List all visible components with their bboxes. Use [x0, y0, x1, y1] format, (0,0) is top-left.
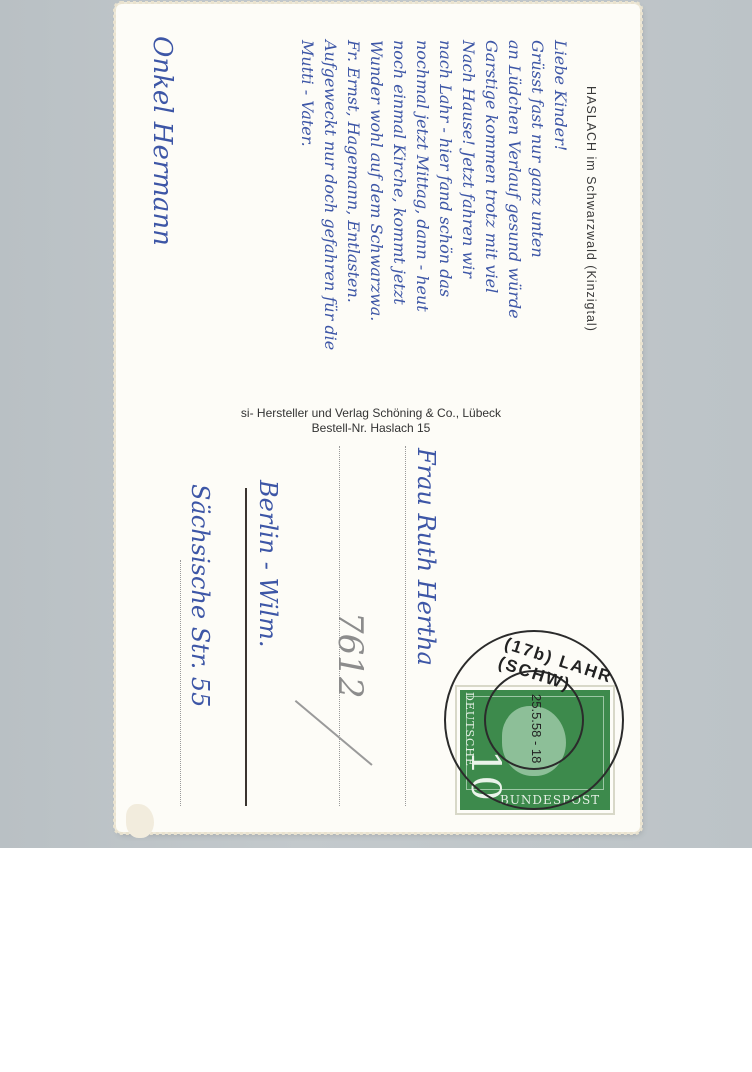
signature: Onkel Hermann: [146, 36, 178, 246]
message-line: Grüsst fast nur ganz unten: [526, 40, 549, 350]
pencil-note: 7612: [330, 612, 370, 699]
handwritten-message: Liebe Kinder! Grüsst fast nur ganz unten…: [296, 40, 572, 350]
place-caption: HASLACH im Schwarzwald (Kinzigtal): [584, 86, 598, 332]
postmark: (17b) LAHR (SCHW) 25.5.58 - 18: [444, 630, 624, 810]
message-line: Garstige kommen trotz mit viel: [480, 40, 503, 350]
order-number: Bestell-Nr. Haslach 15: [196, 421, 546, 436]
message-line: nochmal jetzt Mittag, dann - heut: [411, 40, 434, 350]
recipient-city: Berlin - Wilm.: [254, 480, 282, 647]
recipient-street: Sächsische Str. 55: [186, 484, 214, 707]
message-line: an Lüdchen Verlauf gesund würde: [503, 40, 526, 350]
message-line: Fr. Ernst, Hagemann, Entlasten.: [342, 40, 365, 350]
publisher-line: si- Hersteller und Verlag Schöning & Co.…: [196, 406, 546, 421]
postmark-date: 25.5.58 - 18: [529, 694, 544, 763]
address-line: [405, 446, 406, 806]
address-divider: [245, 488, 247, 806]
message-line: Mutti - Vater.: [296, 40, 319, 350]
message-line: Aufgeweckt nur doch gefahren für die: [319, 40, 342, 350]
recipient-name: Frau Ruth Hertha: [412, 448, 440, 666]
publisher-imprint: si- Hersteller und Verlag Schöning & Co.…: [196, 406, 546, 436]
message-line: Liebe Kinder!: [549, 40, 572, 350]
message-line: nach Lahr - hier fand schön das: [434, 40, 457, 350]
address-line: [180, 560, 181, 806]
message-line: noch einmal Kirche, kommt jetzt: [388, 40, 411, 350]
message-line: Nach Hause! Jetzt fahren wir: [457, 40, 480, 350]
message-line: Wunder wohl auf dem Schwarzwa.: [365, 40, 388, 350]
worn-corner: [126, 804, 154, 838]
